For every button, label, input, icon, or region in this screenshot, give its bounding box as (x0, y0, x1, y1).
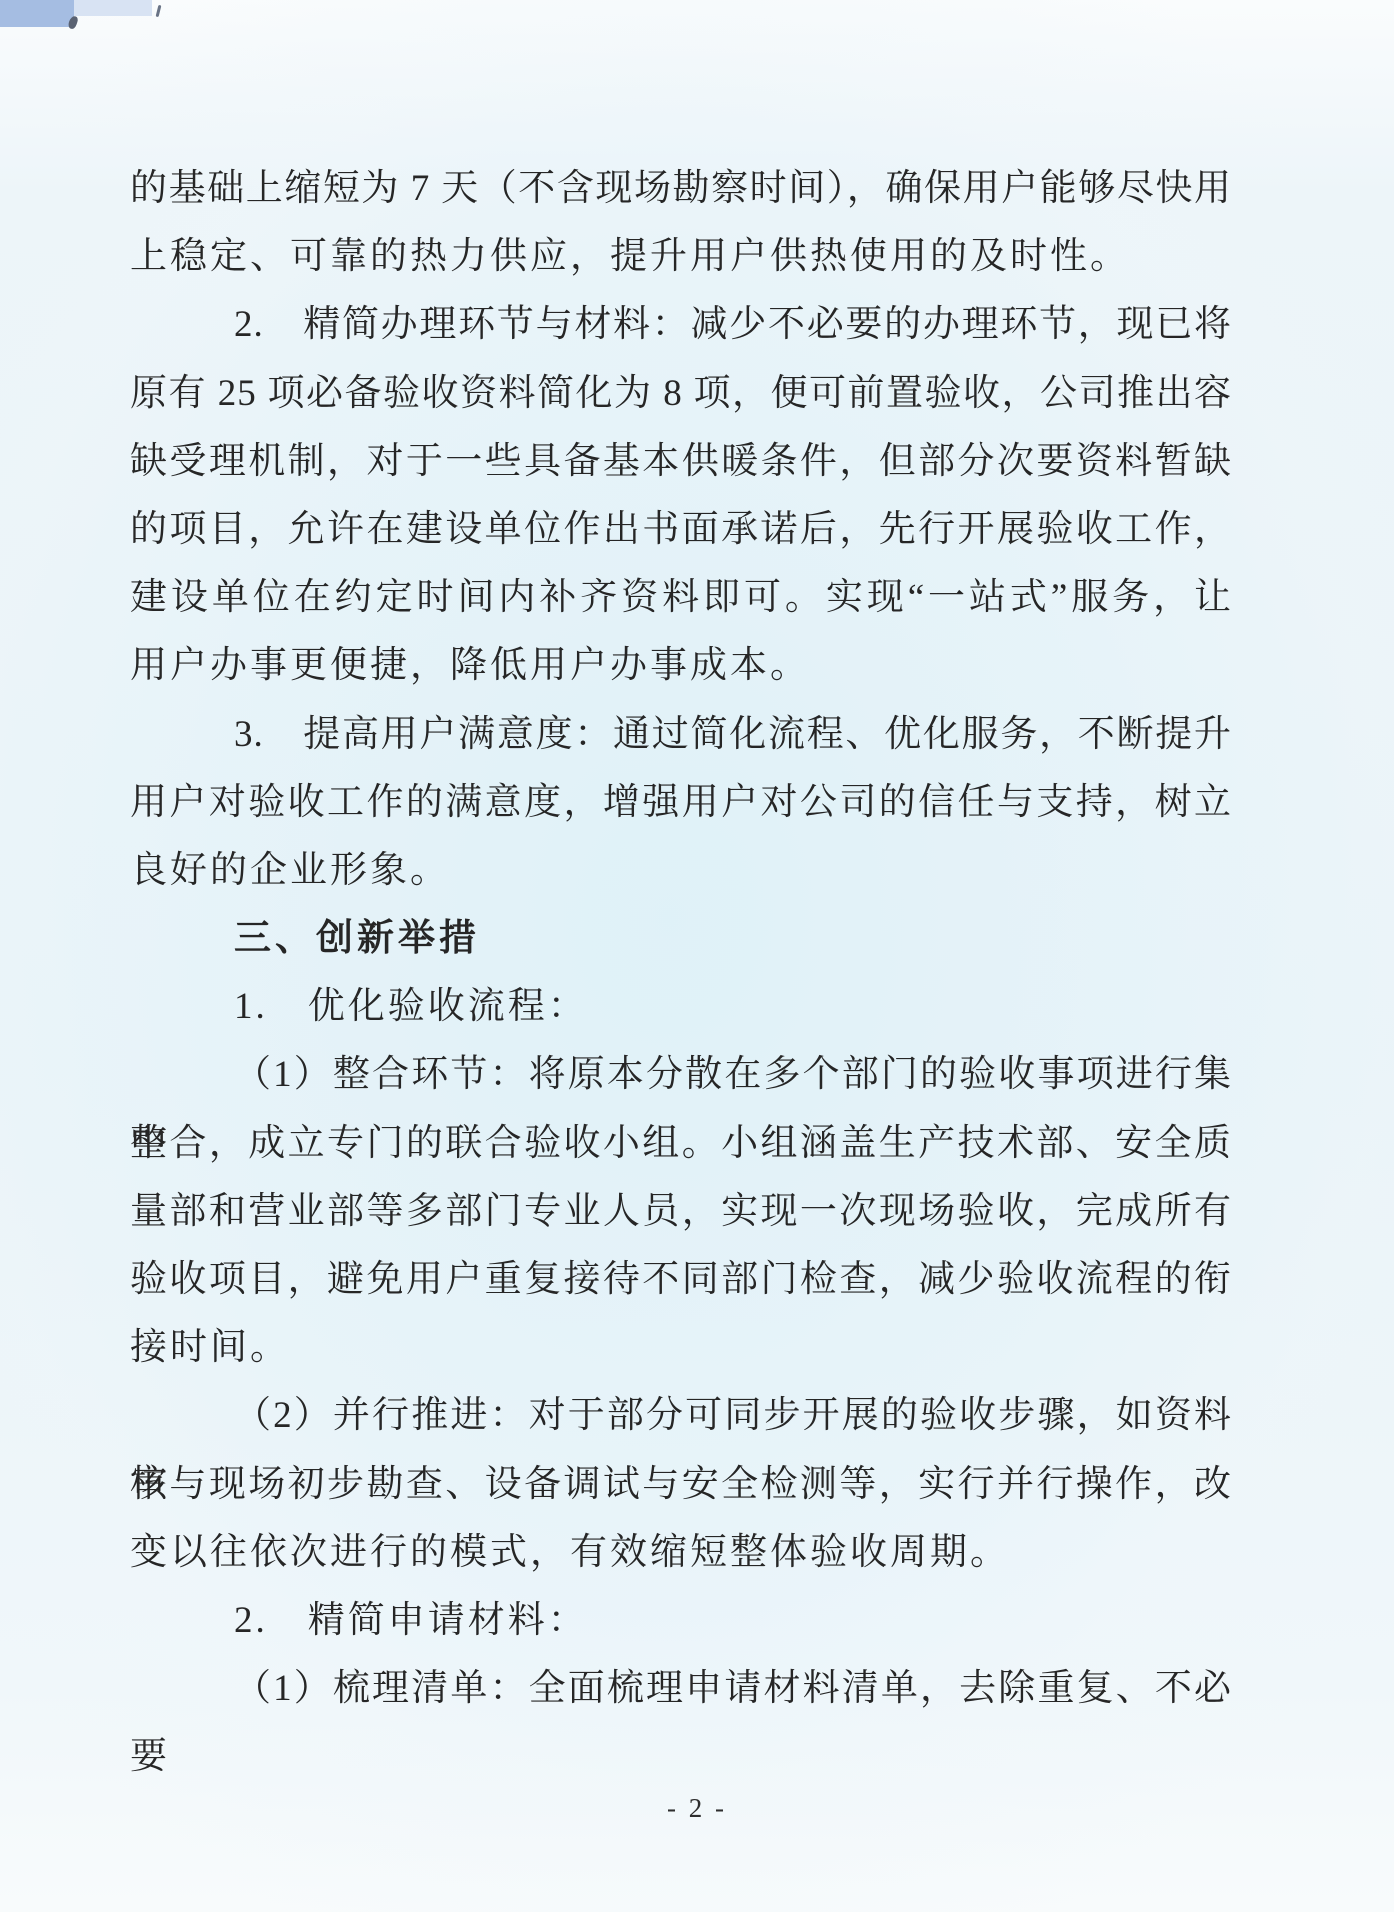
text-line: 验收项目，避免用户重复接待不同部门检查，减少验收流程的衔 (130, 1246, 1232, 1314)
text-line: 缺受理机制，对于一些具备基本供暖条件，但部分次要资料暂缺 (130, 428, 1232, 496)
text-line: 原有 25 项必备验收资料简化为 8 项，便可前置验收，公司推出容 (130, 360, 1232, 428)
text-line: （1）梳理清单：全面梳理申请材料清单，去除重复、不必要 (130, 1655, 1232, 1723)
text-line: 变以往依次进行的模式，有效缩短整体验收周期。 (130, 1519, 1232, 1587)
scanned-document-page: 的基础上缩短为 7 天（不含现场勘察时间），确保用户能够尽快用 上稳定、可靠的热… (0, 0, 1394, 1912)
text-line: 用户对验收工作的满意度，增强用户对公司的信任与支持，树立 (130, 769, 1232, 837)
text-line: 的基础上缩短为 7 天（不含现场勘察时间），确保用户能够尽快用 (130, 155, 1232, 223)
text-line: 接时间。 (130, 1314, 1232, 1382)
text-line: 的项目，允许在建设单位作出书面承诺后，先行开展验收工作， (130, 496, 1232, 564)
text-line: 整合，成立专门的联合验收小组。小组涵盖生产技术部、安全质 (130, 1110, 1232, 1178)
text-line: 建设单位在约定时间内补齐资料即可。实现“一站式”服务，让 (130, 564, 1232, 632)
ink-speck (156, 5, 162, 17)
document-body: 的基础上缩短为 7 天（不含现场勘察时间），确保用户能够尽快用 上稳定、可靠的热… (130, 155, 1232, 1723)
text-line: 2. 精简办理环节与材料：减少不必要的办理环节，现已将 (130, 291, 1232, 359)
section-heading: 三、创新举措 (130, 905, 1232, 973)
page-number: - 2 - (0, 1793, 1394, 1824)
scan-corner-artifact (0, 0, 74, 27)
scan-corner-artifact-light (74, 0, 152, 16)
text-line: 3. 提高用户满意度：通过简化流程、优化服务，不断提升 (130, 701, 1232, 769)
text-line: 量部和营业部等多部门专业人员，实现一次现场验收，完成所有 (130, 1178, 1232, 1246)
text-line: 上稳定、可靠的热力供应，提升用户供热使用的及时性。 (130, 223, 1232, 291)
text-line: 核与现场初步勘查、设备调试与安全检测等，实行并行操作，改 (130, 1451, 1232, 1519)
text-line: 1. 优化验收流程： (130, 973, 1232, 1041)
text-line: 用户办事更便捷，降低用户办事成本。 (130, 632, 1232, 700)
text-line: 良好的企业形象。 (130, 837, 1232, 905)
text-line: （1）整合环节：将原本分散在多个部门的验收事项进行集中 (130, 1041, 1232, 1109)
text-line: 2. 精简申请材料： (130, 1587, 1232, 1655)
text-line: （2）并行推进：对于部分可同步开展的验收步骤，如资料审 (130, 1382, 1232, 1450)
